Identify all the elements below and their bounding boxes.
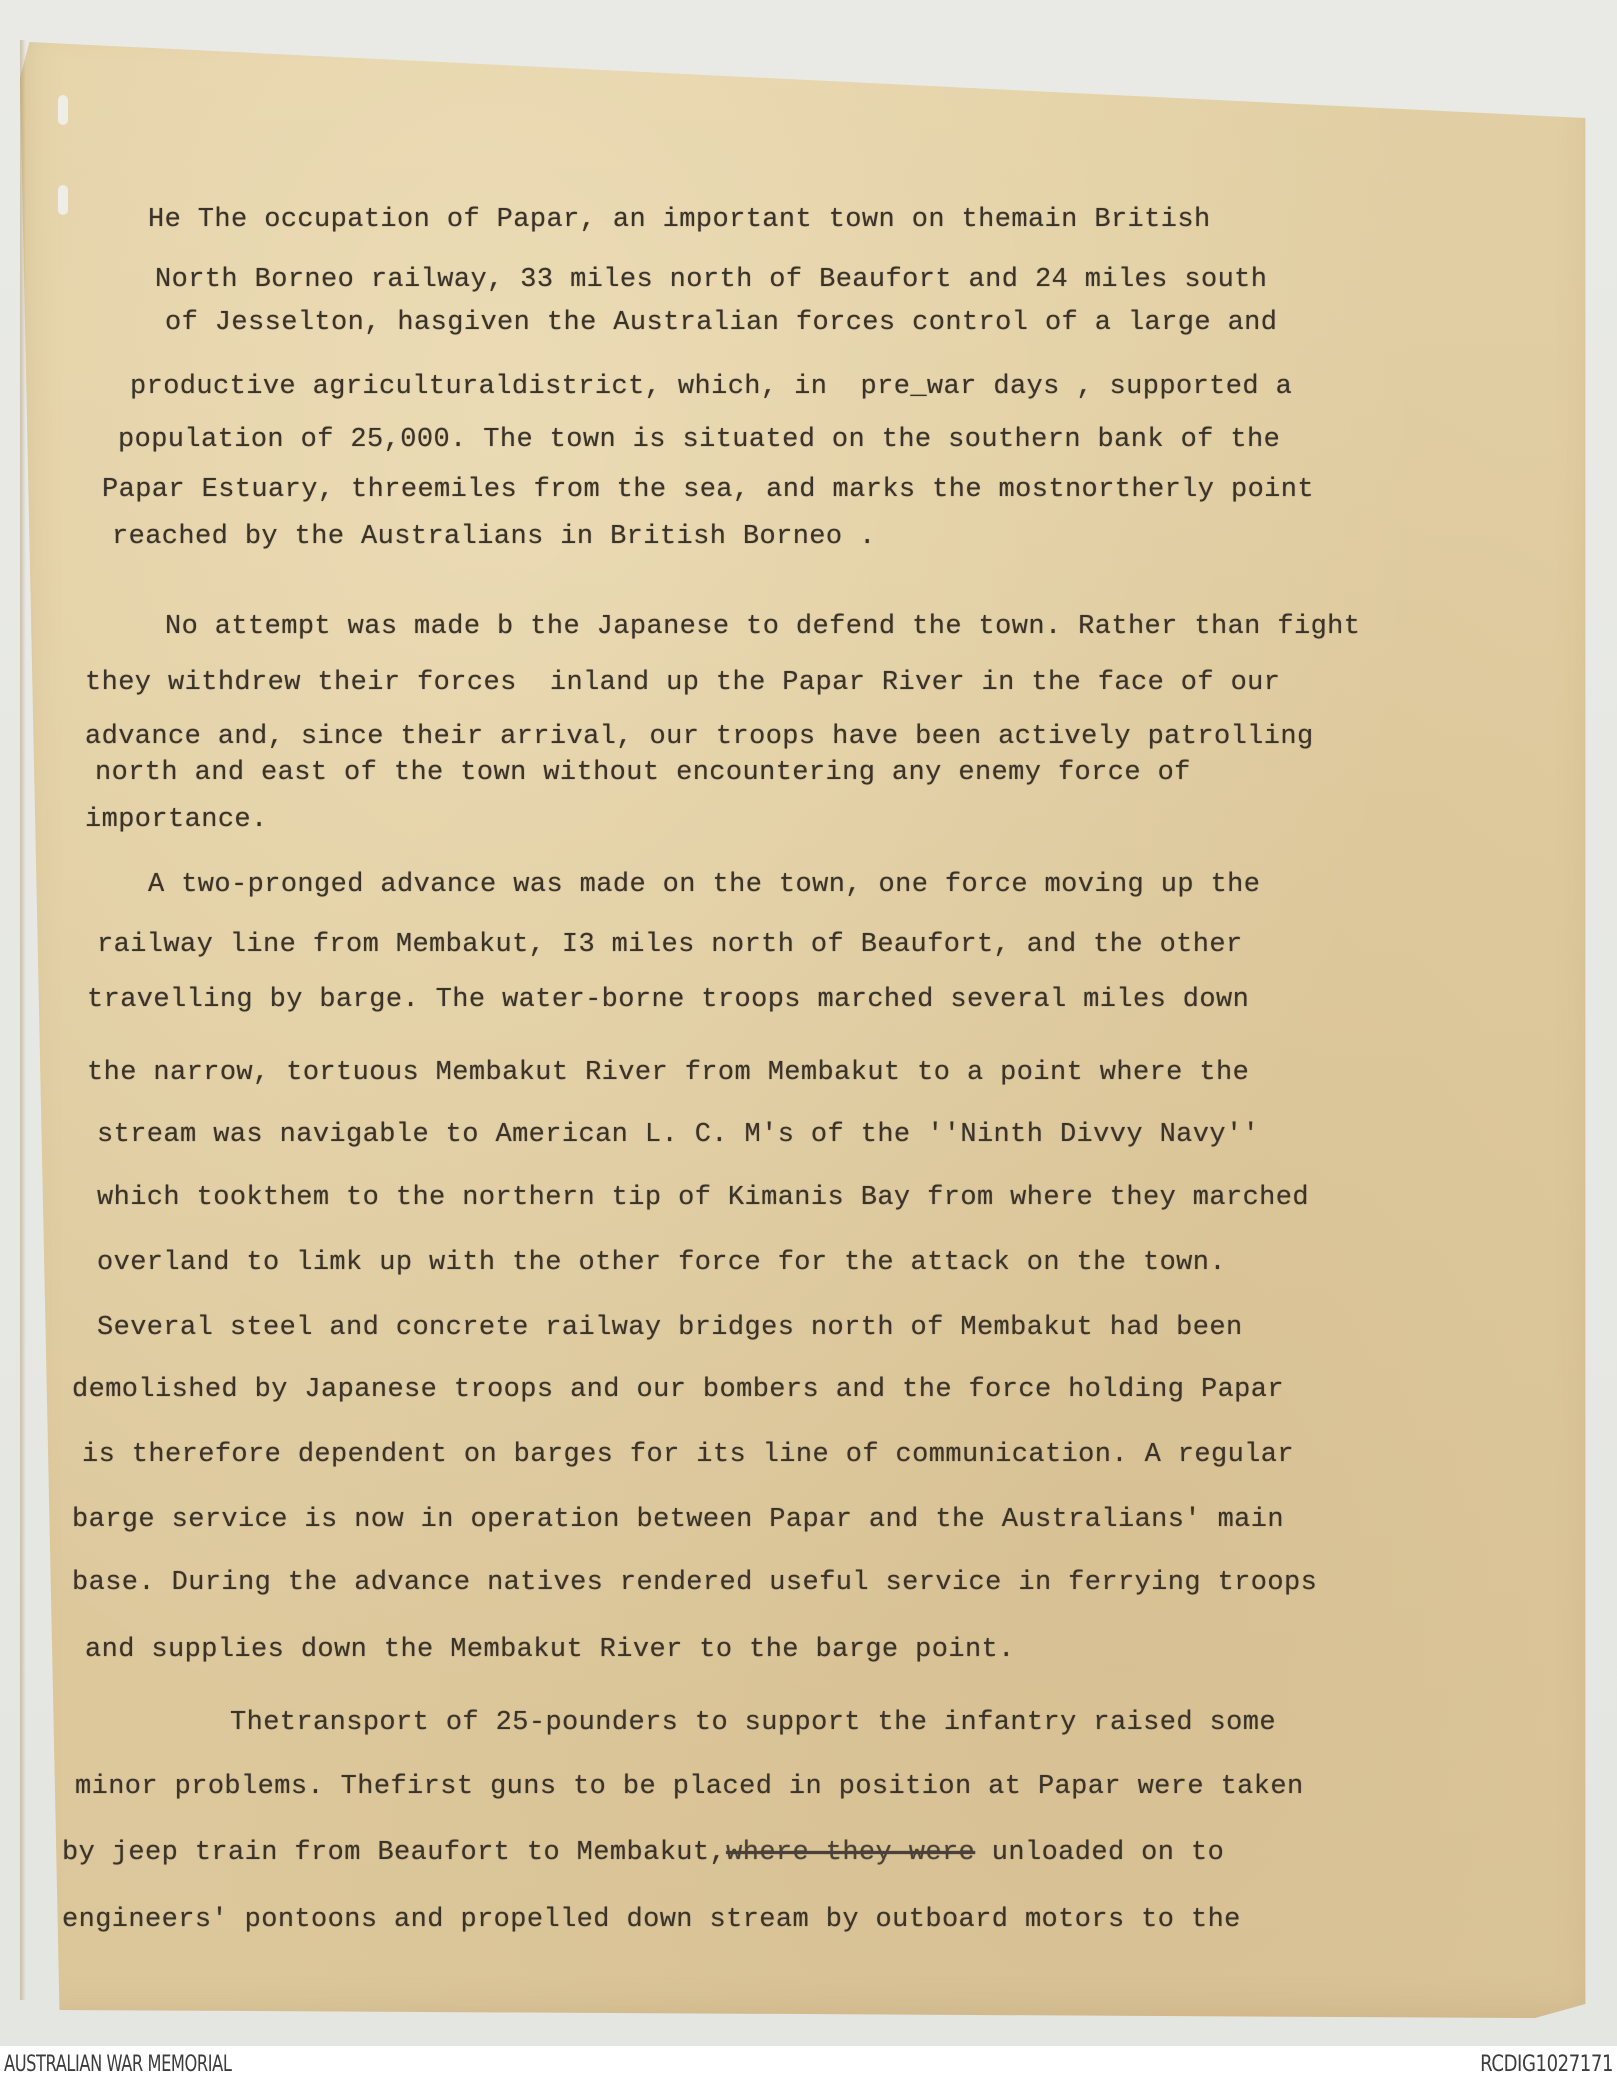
text-line: by jeep train from Beaufort to Membakut,… (62, 1838, 1224, 1868)
institution-label: AUSTRALIAN WAR MEMORIAL (4, 2052, 231, 2077)
struck-through-text: where they were (726, 1838, 975, 1868)
text-line: which tookthem to the northern tip of Ki… (97, 1183, 1309, 1213)
text-line: railway line from Membakut, I3 miles nor… (97, 930, 1243, 960)
text-line: north and east of the town without encou… (95, 758, 1191, 788)
text-line: engineers' pontoons and propelled down s… (62, 1905, 1241, 1935)
text-line: is therefore dependent on barges for its… (82, 1440, 1294, 1470)
text-line: stream was navigable to American L. C. M… (97, 1120, 1259, 1150)
typed-document: He The occupation of Papar, an important… (0, 0, 1617, 2020)
text-line: productive agriculturaldistrict, which, … (130, 372, 1292, 402)
text-line: travelling by barge. The water-borne tro… (87, 985, 1249, 1015)
text-line: importance. (85, 805, 268, 835)
text-line: advance and, since their arrival, our tr… (85, 722, 1314, 752)
text-line: minor problems. Thefirst guns to be plac… (75, 1772, 1304, 1802)
text-line: Thetransport of 25-pounders to support t… (230, 1708, 1276, 1738)
text-line: Papar Estuary, threemiles from the sea, … (102, 475, 1314, 505)
text-line: reached by the Australians in British Bo… (112, 522, 876, 552)
record-id: RCDIG1027171 (1480, 2052, 1613, 2077)
text-line: they withdrew their forces inland up the… (85, 668, 1280, 698)
text-line: of Jesselton, hasgiven the Australian fo… (165, 308, 1277, 338)
text-line: overland to limk up with the other force… (97, 1248, 1226, 1278)
text-line: population of 25,000. The town is situat… (118, 425, 1280, 455)
line-start: by jeep train from Beaufort to Membakut, (62, 1838, 726, 1868)
text-line: base. During the advance natives rendere… (72, 1568, 1317, 1598)
line-end: unloaded on to (975, 1838, 1224, 1868)
text-line: A two-pronged advance was made on the to… (148, 870, 1260, 900)
text-line: demolished by Japanese troops and our bo… (72, 1375, 1284, 1405)
text-line: North Borneo railway, 33 miles north of … (155, 265, 1267, 295)
text-line: He The occupation of Papar, an important… (148, 205, 1211, 235)
text-line: No attempt was made b the Japanese to de… (165, 612, 1360, 642)
text-line: the narrow, tortuous Membakut River from… (87, 1058, 1249, 1088)
text-line: and supplies down the Membakut River to … (85, 1635, 1015, 1665)
archive-footer: AUSTRALIAN WAR MEMORIAL RCDIG1027171 (0, 2046, 1617, 2082)
text-line: Several steel and concrete railway bridg… (97, 1313, 1243, 1343)
text-line: barge service is now in operation betwee… (72, 1505, 1284, 1535)
